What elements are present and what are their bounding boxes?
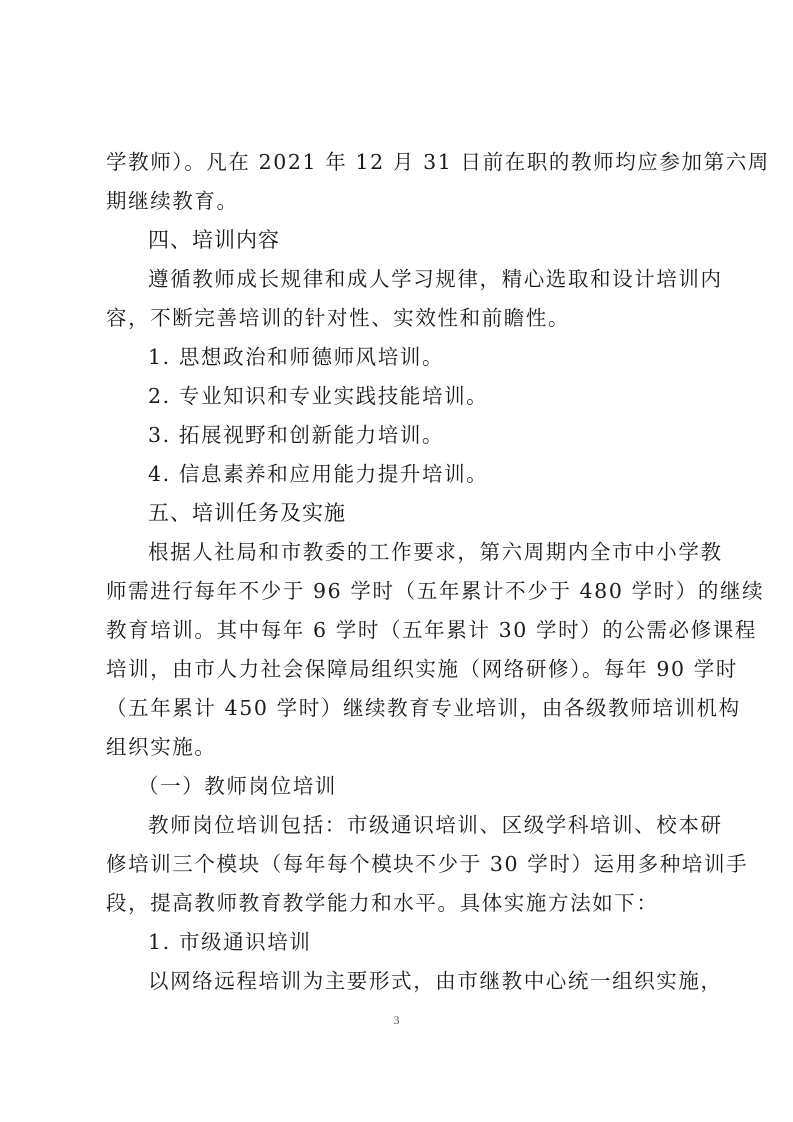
body-text-line: 培训，由市人力社会保障局组织实施（网络研修）。每年 90 学时 [106, 650, 691, 689]
body-text-line: 教师岗位培训包括：市级通识培训、区级学科培训、校本研 [106, 806, 691, 845]
body-text-line: 学教师）。凡在 2021 年 12 月 31 日前在职的教师均应参加第六周 [106, 143, 691, 182]
document-page-body: 学教师）。凡在 2021 年 12 月 31 日前在职的教师均应参加第六周 期继… [106, 143, 691, 1001]
body-text-line: 期继续教育。 [106, 182, 691, 221]
body-text-line: 遵循教师成长规律和成人学习规律，精心选取和设计培训内 [106, 260, 691, 299]
list-item: 1. 思想政治和师德师风培训。 [106, 338, 691, 377]
subsection-heading-teacher-post-training: （一）教师岗位培训 [106, 767, 691, 806]
body-text-line: 教育培训。其中每年 6 学时（五年累计 30 学时）的公需必修课程 [106, 611, 691, 650]
body-text-line: 以网络远程培训为主要形式，由市继教中心统一组织实施， [106, 962, 691, 1001]
section-heading-training-tasks: 五、培训任务及实施 [106, 494, 691, 533]
subsection-heading-city-general-training: 1. 市级通识培训 [106, 923, 691, 962]
section-heading-training-content: 四、培训内容 [106, 221, 691, 260]
list-item: 4. 信息素养和应用能力提升培训。 [106, 455, 691, 494]
list-item: 2. 专业知识和专业实践技能培训。 [106, 377, 691, 416]
body-text-line: （五年累计 450 学时）继续教育专业培训，由各级教师培训机构 [106, 689, 691, 728]
body-text-line: 根据人社局和市教委的工作要求，第六周期内全市中小学教 [106, 533, 691, 572]
body-text-line: 组织实施。 [106, 728, 691, 767]
list-item: 3. 拓展视野和创新能力培训。 [106, 416, 691, 455]
page-number: 3 [0, 1013, 793, 1028]
body-text-line: 段，提高教师教育教学能力和水平。具体实施方法如下： [106, 884, 691, 923]
body-text-line: 师需进行每年不少于 96 学时（五年累计不少于 480 学时）的继续 [106, 572, 691, 611]
body-text-line: 容，不断完善培训的针对性、实效性和前瞻性。 [106, 299, 691, 338]
body-text-line: 修培训三个模块（每年每个模块不少于 30 学时）运用多种培训手 [106, 845, 691, 884]
